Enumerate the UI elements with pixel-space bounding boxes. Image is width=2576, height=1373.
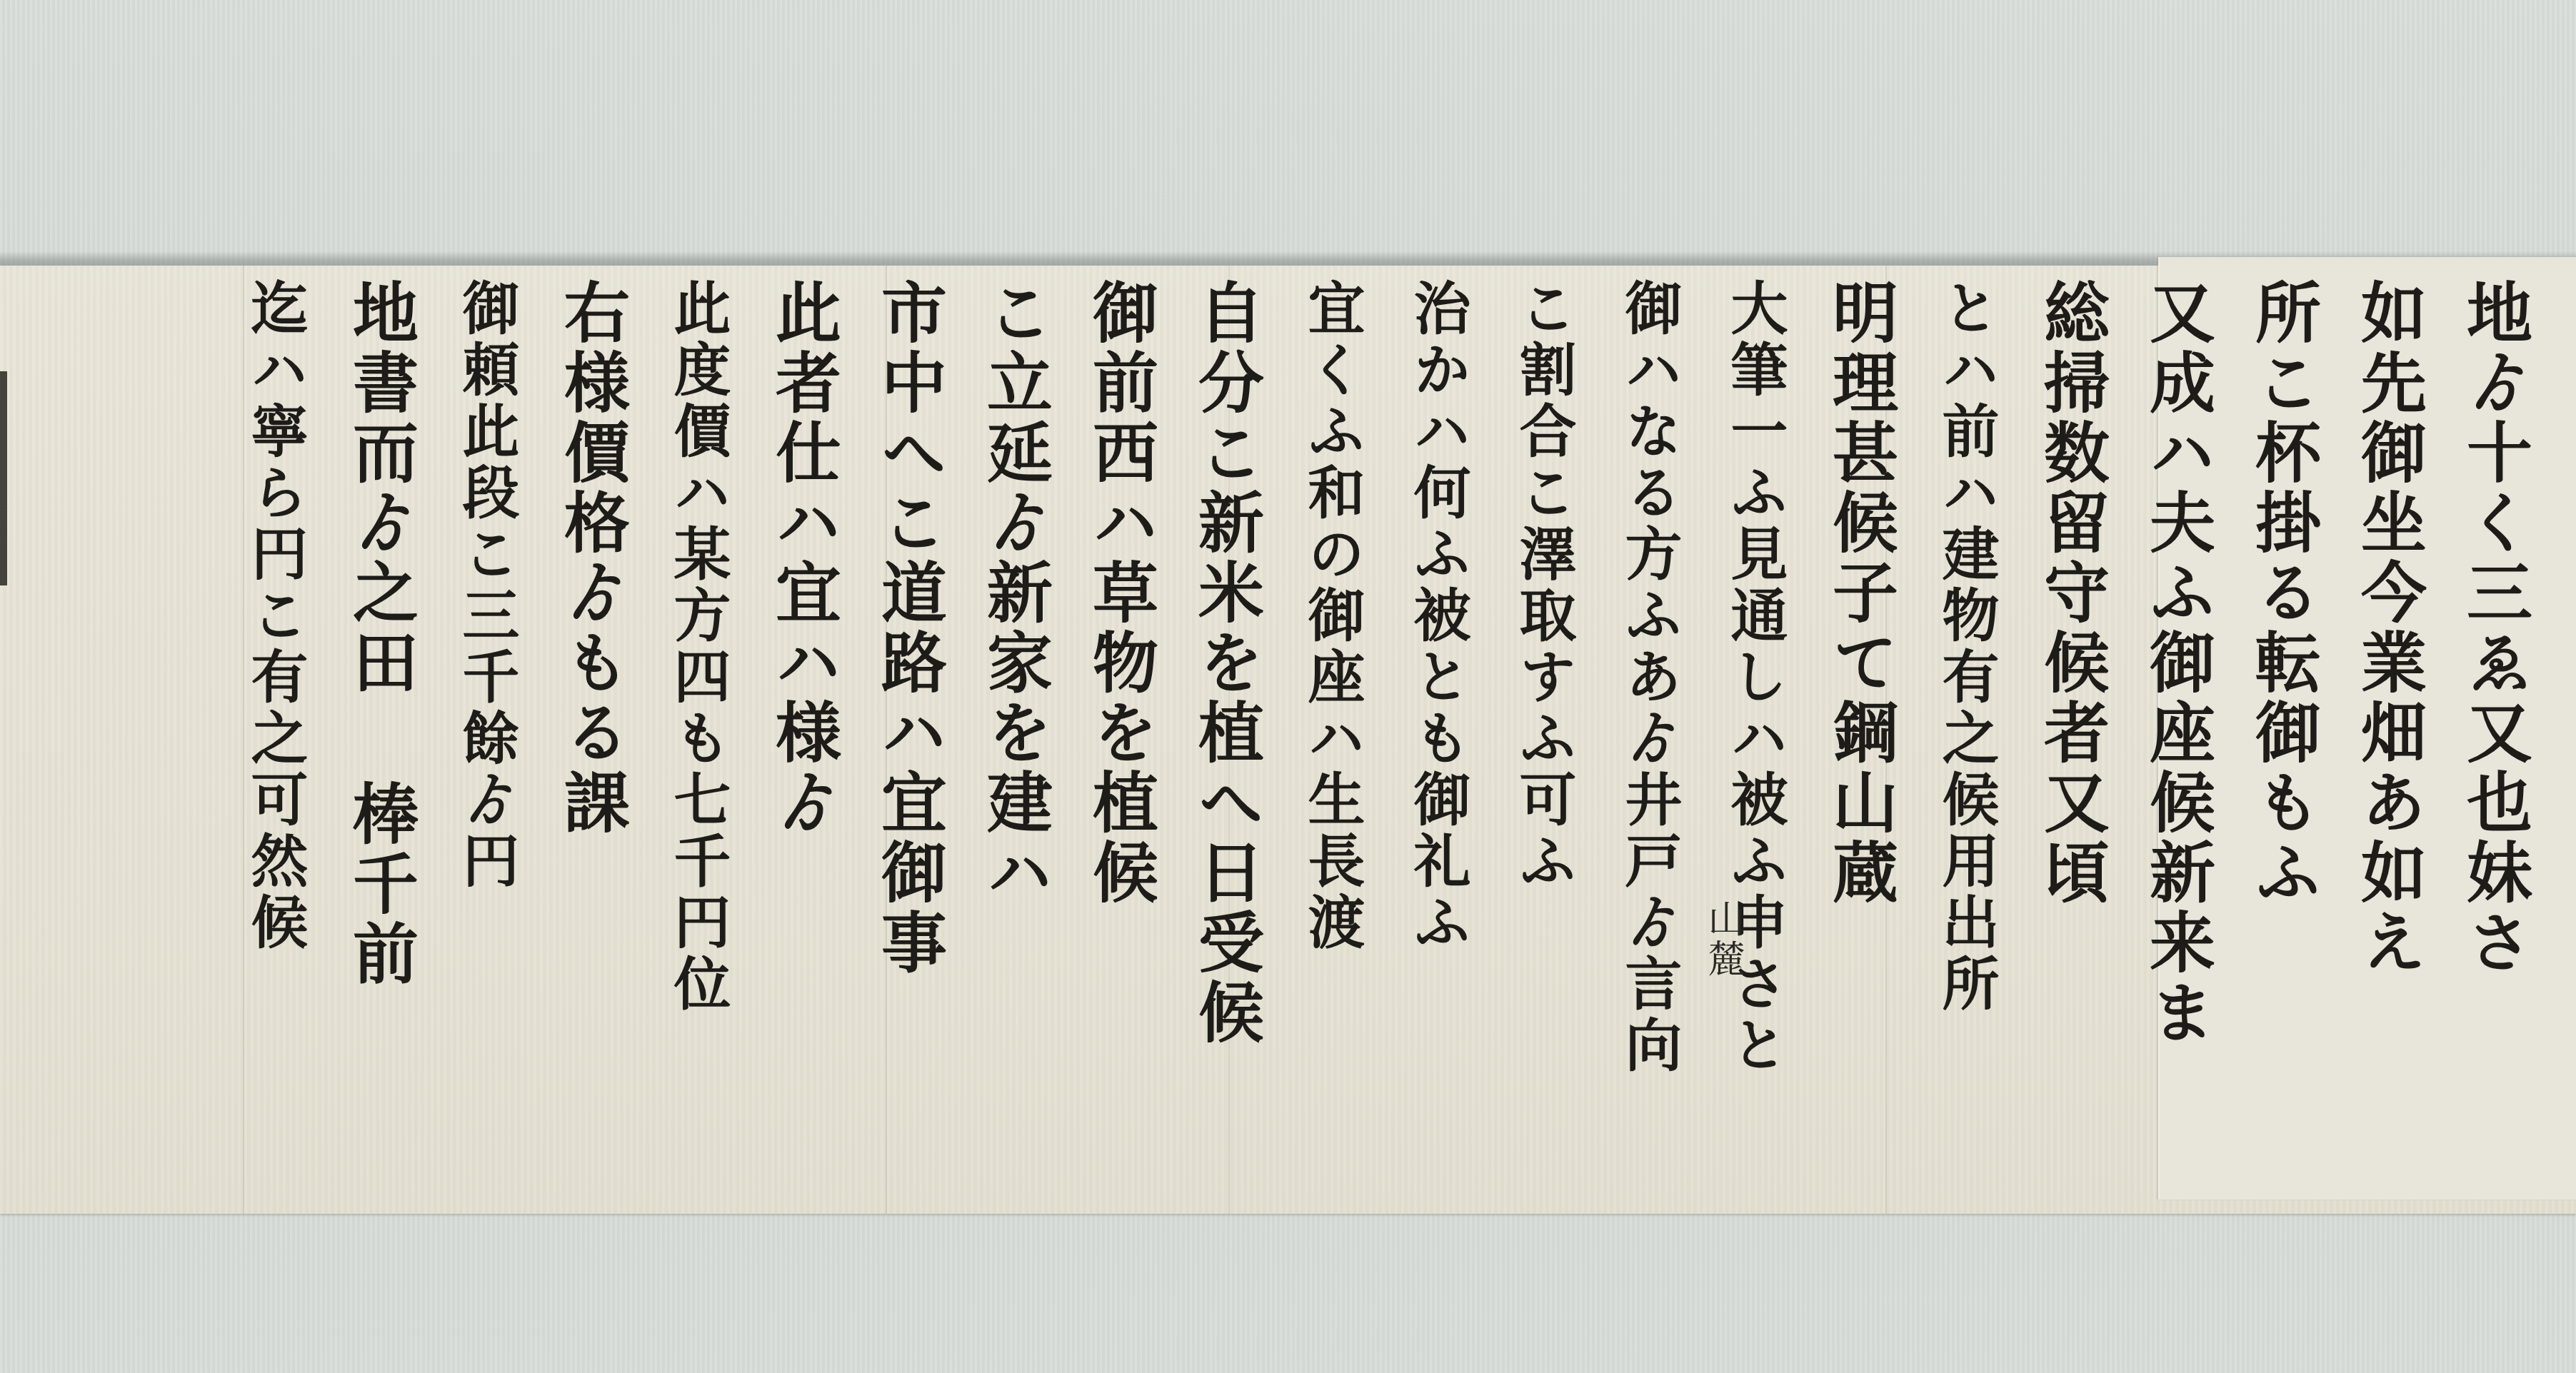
text-column: 御前西ハ草物を植候 bbox=[1068, 278, 1173, 1157]
text-column: 地書而ゟ之田 棒千前 bbox=[328, 278, 433, 1157]
text-column: とハ前ハ建物有之候用出所 bbox=[1913, 278, 2019, 1157]
text-column: 所こ杯掛る転御もふ bbox=[2230, 278, 2336, 1157]
text-column: 如先御坐今業畑あ如え bbox=[2336, 278, 2442, 1157]
text-column: 自分こ新米を植へ日受候 bbox=[1173, 278, 1279, 1157]
cut-off-character-fragment bbox=[0, 371, 20, 585]
text-column: こ立延ゟ新家を建ハ bbox=[962, 278, 1068, 1157]
text-column: 又成ハ夫ふ御座候新来ま bbox=[2125, 278, 2230, 1157]
text-column: 御ハなる方ふあゟ井戸ゟ言向 bbox=[1596, 278, 1702, 1157]
text-column: 迄ハ寧ら円こ有之可然候 bbox=[222, 278, 328, 1157]
marginal-annotation: 山麓 bbox=[1696, 900, 1750, 980]
text-column: 総掃数留守候者又頃 bbox=[2019, 278, 2125, 1157]
text-column: 御頼此段こ三千餘ゟ円 bbox=[433, 278, 539, 1157]
text-column: 明理甚候子て鋼山蔵 bbox=[1808, 278, 1913, 1157]
text-column: 此者仕ハ宜ハ様ゟ bbox=[751, 278, 856, 1157]
text-column: 地ゟ十く三ゑ又也妹さ bbox=[2442, 278, 2547, 1157]
text-column: 治かハ何ふ被とも御礼ふ bbox=[1385, 278, 1490, 1157]
text-column: 市中へこ道路ハ宜御事 bbox=[856, 278, 962, 1157]
text-column: 此度價ハ某方四も七千円位 bbox=[645, 278, 751, 1157]
text-column: 右様價格ゟもる課 bbox=[539, 278, 645, 1157]
text-columns: 地ゟ十く三ゑ又也妹さ 如先御坐今業畑あ如え 所こ杯掛る転御もふ 又成ハ夫ふ御座候… bbox=[222, 278, 2547, 1157]
text-column: こ割合こ澤取すふ可ふ bbox=[1490, 278, 1596, 1157]
text-column: 大筆一ふ見通しハ被ふ申さと bbox=[1702, 278, 1808, 1157]
text-column: 宜くふ和の御座ハ生長渡 bbox=[1279, 278, 1385, 1157]
